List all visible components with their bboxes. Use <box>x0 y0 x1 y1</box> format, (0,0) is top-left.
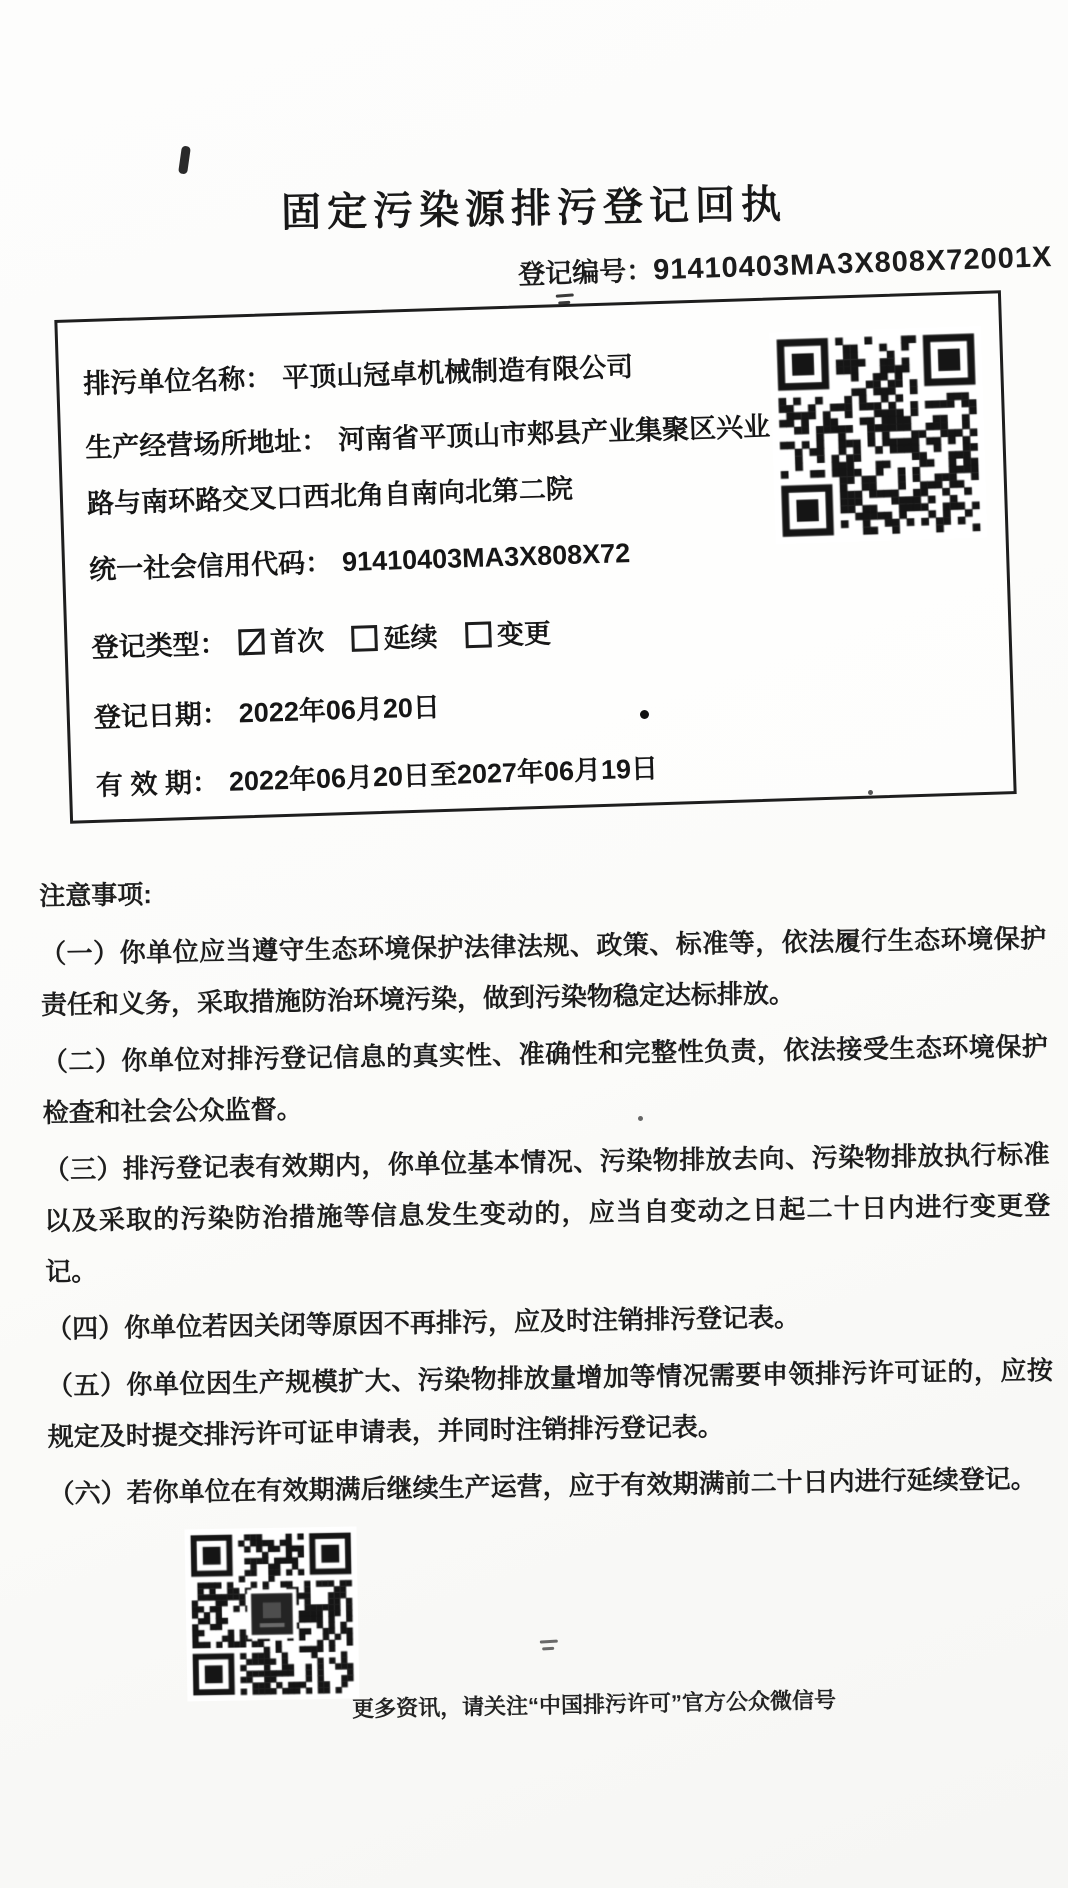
scan-artifact <box>178 146 191 175</box>
checkbox-renewal-icon <box>351 625 378 652</box>
scan-artifact <box>556 293 577 304</box>
validity-row: 有 效 期：2022年06月20日至2027年06月19日 <box>95 746 658 803</box>
address-row-line2: 路与南环路交叉口西北角自南向北第二院 <box>86 467 573 521</box>
checkbox-change-icon <box>465 621 492 648</box>
note-item-4: （四）你单位若因关闭等原因不再排污，应及时注销排污登记表。 <box>46 1288 1053 1355</box>
note-item-2: （二）你单位对排污登记信息的真实性、准确性和完整性负责，依法接受生态环境保护检查… <box>41 1021 1048 1139</box>
reg-type-option-renewal: 延续 <box>347 622 438 655</box>
registration-date-label: 登记日期： <box>93 699 229 733</box>
scan-artifact <box>640 710 649 719</box>
validity-value: 2022年06月20日至2027年06月19日 <box>228 753 658 796</box>
company-name-row: 排污单位名称：平顶山冠卓机械制造有限公司 <box>83 345 634 401</box>
registration-number-value: 91410403MA3X808X72001X <box>652 241 1052 286</box>
reg-type-option-renewal-label: 延续 <box>383 622 438 654</box>
reg-type-option-change: 变更 <box>461 619 552 652</box>
credit-code-label: 统一社会信用代码： <box>89 547 333 585</box>
registration-qr-code <box>769 326 988 545</box>
note-item-6: （六）若你单位在有效期满后继续生产运营，应于有效期满前二十日内进行延续登记。 <box>48 1453 1055 1520</box>
registration-number-line: 登记编号：91410403MA3X808X72001X <box>517 235 1052 292</box>
registration-date-row: 登记日期：2022年06月20日 <box>93 685 440 735</box>
note-item-5: （五）你单位因生产规模扩大、污染物排放量增加等情况需要申领排污许可证的，应按规定… <box>47 1345 1054 1463</box>
reg-type-option-first-label: 首次 <box>270 626 325 658</box>
note-item-3: （三）排污登记表有效期内，你单位基本情况、污染物排放去向、污染物排放执行标准以及… <box>43 1129 1051 1298</box>
scanned-document-page: 固定污染源排污登记回执 登记编号：91410403MA3X808X72001X … <box>0 0 1068 1888</box>
footer-caption: 更多资讯，请关注“中国排污许可”官方公众微信号 <box>352 1683 837 1723</box>
validity-label: 有 效 期： <box>96 767 220 801</box>
registration-number-label: 登记编号： <box>517 255 653 289</box>
note-item-1: （一）你单位应当遵守生态环境保护法律法规、政策、标准等，依法履行生态环境保护责任… <box>40 913 1047 1031</box>
credit-code-row: 统一社会信用代码：91410403MA3X808X72 <box>88 531 630 587</box>
checkbox-first-icon <box>238 629 265 656</box>
reg-type-option-first: 首次 <box>234 626 325 659</box>
address-row-line1: 生产经营场所地址：河南省平顶山市郏县产业集聚区兴业 <box>85 405 771 465</box>
registration-type-label: 登记类型： <box>91 629 227 663</box>
address-value-line2: 路与南环路交叉口西北角自南向北第二院 <box>87 474 574 519</box>
address-label: 生产经营场所地址： <box>85 425 329 463</box>
scan-artifact <box>638 1116 643 1121</box>
registration-type-row: 登记类型： 首次 延续 变更 <box>91 611 568 665</box>
company-name-value: 平顶山冠卓机械制造有限公司 <box>282 352 634 393</box>
reg-type-option-change-label: 变更 <box>497 619 552 651</box>
notes-heading: 注意事项: <box>39 860 1045 913</box>
wechat-qr-code <box>185 1527 360 1702</box>
notes-section: 注意事项: （一）你单位应当遵守生态环境保护法律法规、政策、标准等，依法履行生态… <box>39 860 1055 1526</box>
page-title: 固定污染源排污登记回执 <box>0 167 1068 243</box>
address-value-line1: 河南省平顶山市郏县产业集聚区兴业 <box>338 412 771 456</box>
scan-artifact <box>868 790 873 795</box>
registration-info-box: 排污单位名称：平顶山冠卓机械制造有限公司 生产经营场所地址：河南省平顶山市郏县产… <box>54 290 1016 823</box>
scan-artifact <box>540 1639 560 1650</box>
credit-code-value: 91410403MA3X808X72 <box>342 538 631 577</box>
company-name-label: 排污单位名称： <box>83 363 273 399</box>
registration-date-value: 2022年06月20日 <box>238 692 440 728</box>
